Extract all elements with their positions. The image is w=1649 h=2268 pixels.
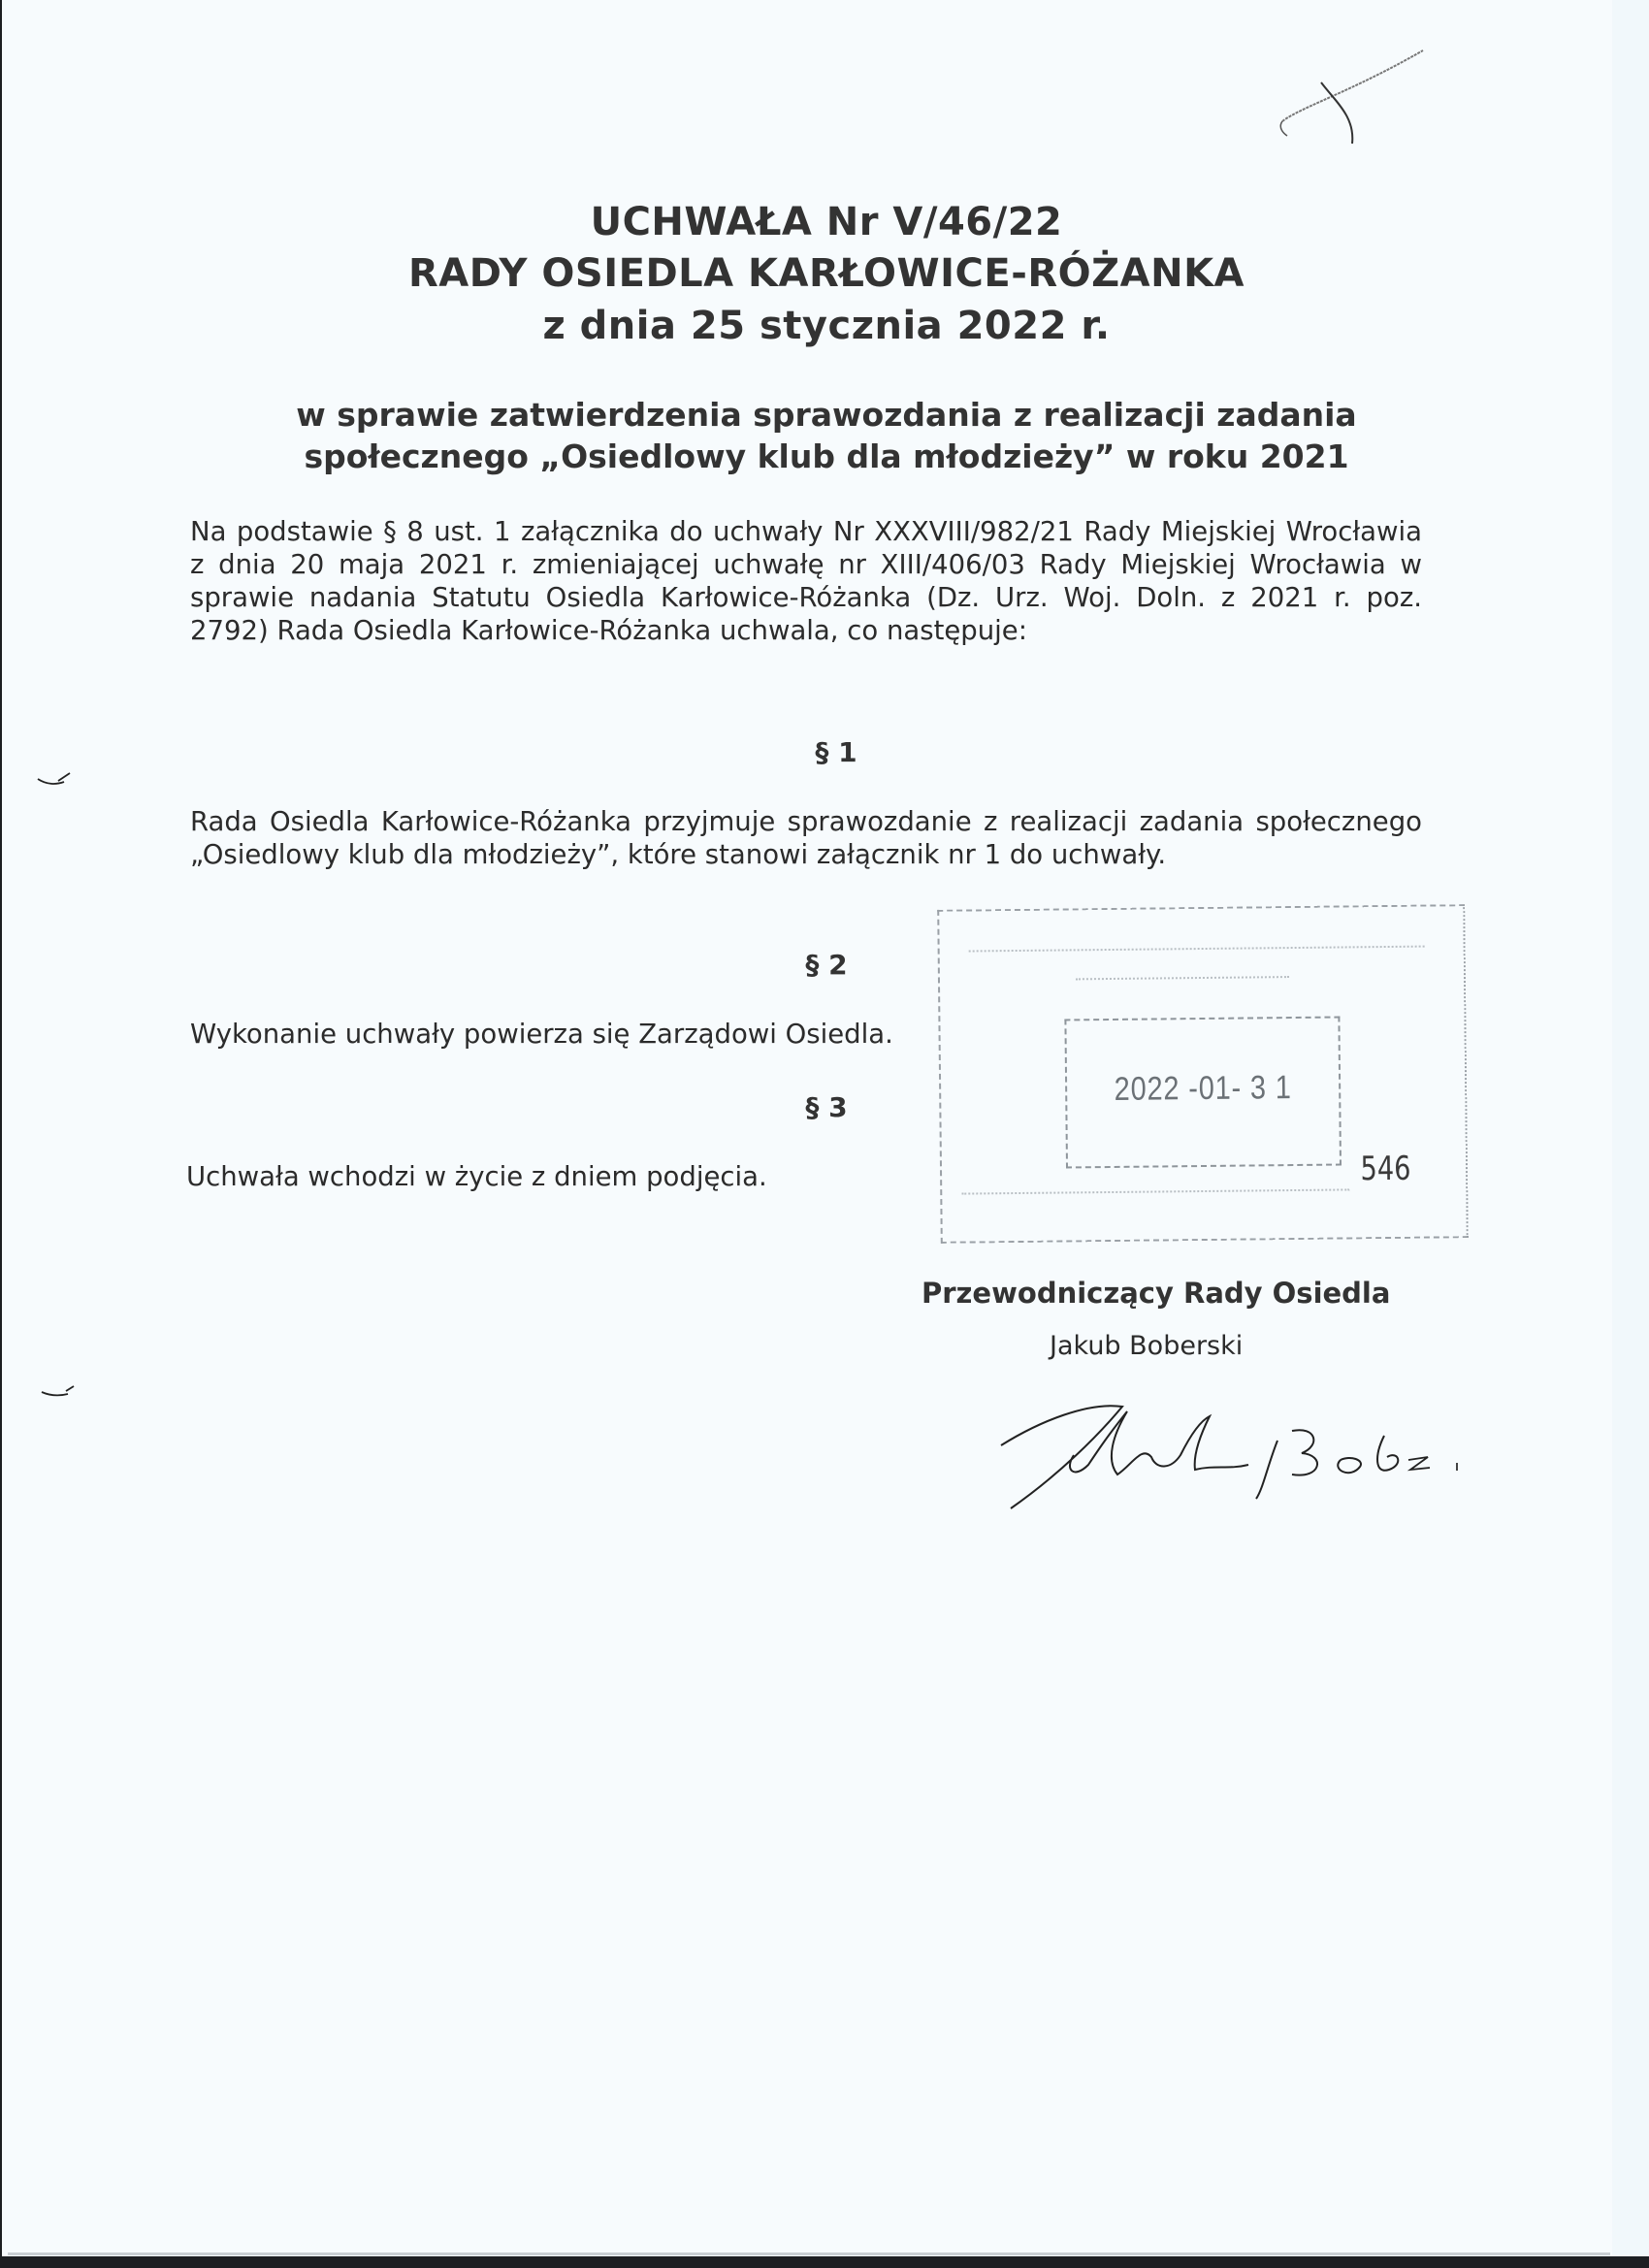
- paragraph-2-text: Wykonanie uchwały powierza się Zarządowi…: [190, 1018, 1063, 1051]
- stamp-registry-number: 546: [1360, 1150, 1410, 1189]
- scanned-page: UCHWAŁA Nr V/46/22 RADY OSIEDLA KARŁOWIC…: [2, 0, 1649, 2256]
- scan-edge: [8, 2252, 1610, 2255]
- stamp-date-box: 2022 -01- 3 1: [1064, 1017, 1342, 1169]
- check-mark-icon: [39, 1382, 78, 1402]
- handwritten-x-mark-icon: [1263, 39, 1428, 146]
- signatory-title: Przewodniczący Rady Osiedla: [921, 1277, 1390, 1310]
- legal-basis-preamble: Na podstawie § 8 ust. 1 załącznika do uc…: [190, 515, 1422, 647]
- stamp-faded-text: [1076, 976, 1289, 989]
- stamp-faded-text: [969, 946, 1425, 962]
- stamp-received-date: 2022 -01- 3 1: [1087, 1069, 1318, 1109]
- issuing-body: RADY OSIEDLA KARŁOWICE-RÓŻANKA: [2, 250, 1649, 297]
- resolution-number: UCHWAŁA Nr V/46/22: [2, 199, 1649, 245]
- paragraph-3-text: Uchwała wchodzi w życie z dniem podjęcia…: [186, 1160, 1059, 1193]
- subject-line-2: społecznego „Osiedlowy klub dla młodzież…: [2, 437, 1649, 477]
- resolution-date: z dnia 25 stycznia 2022 r.: [2, 303, 1649, 349]
- subject-line-1: w sprawie zatwierdzenia sprawozdania z r…: [2, 395, 1649, 436]
- paragraph-1-heading: § 1: [2, 736, 1649, 768]
- handwritten-signature-icon: [982, 1377, 1467, 1513]
- stamp-faded-text: [961, 1188, 1349, 1204]
- check-mark-icon: [35, 771, 74, 791]
- registry-stamp: 2022 -01- 3 1 546: [937, 904, 1469, 1244]
- paragraph-1-text: Rada Osiedla Karłowice-Różanka przyjmuje…: [190, 805, 1422, 871]
- signatory-name: Jakub Boberski: [1050, 1331, 1243, 1361]
